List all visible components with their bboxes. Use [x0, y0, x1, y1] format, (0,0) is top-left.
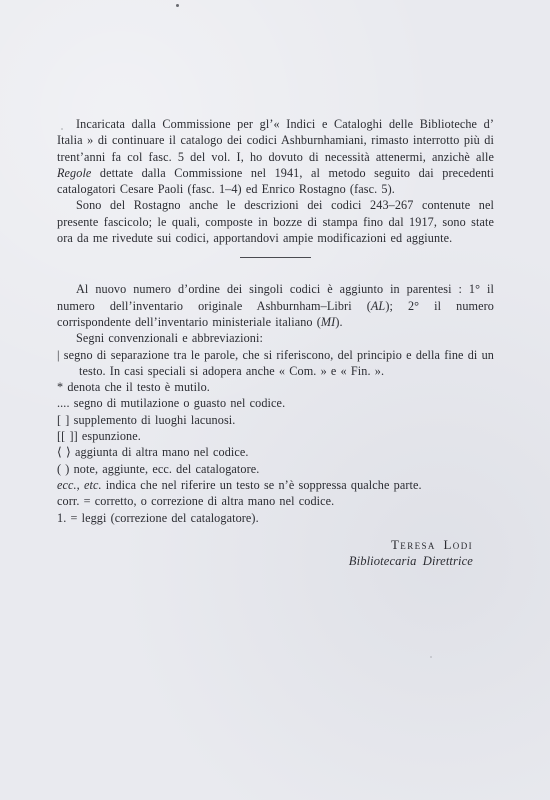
- intro-paragraph-2: Sono del Rostagno anche le descrizioni d…: [57, 197, 494, 246]
- scanned-page: Incaricata dalla Commissione per gl’« In…: [0, 0, 550, 800]
- convention-item-leggi: 1. = leggi (correzione del catalogatore)…: [57, 510, 494, 526]
- convention-item-parentheses: ( ) note, aggiunte, ecc. del catalogator…: [57, 461, 494, 477]
- convention-item-double-brackets: [[ ]] espunzione.: [57, 428, 494, 444]
- conventions-list: | segno di separazione tra le parole, ch…: [57, 347, 494, 526]
- convention-item-brackets: [ ] supplemento di luoghi lacunosi.: [57, 412, 494, 428]
- convention-item-separator-bar: | segno di separazione tra le parole, ch…: [57, 347, 494, 380]
- intro-paragraph-1: Incaricata dalla Commissione per gl’« In…: [57, 116, 494, 197]
- convention-item-angle-brackets: ⟨ ⟩ aggiunta di altra mano nel codice.: [57, 444, 494, 460]
- conventions-heading: Segni convenzionali e abbreviazioni:: [57, 330, 494, 346]
- paper-speck: [430, 656, 432, 658]
- signature-block: Teresa Lodi Bibliotecaria Direttrice: [57, 537, 494, 570]
- text-block: Incaricata dalla Commissione per gl’« In…: [57, 116, 494, 569]
- numbering-paragraph: Al nuovo numero d’ordine dei singoli cod…: [57, 281, 494, 330]
- section-divider-rule: [240, 257, 311, 258]
- convention-item-ecc-etc: ecc., etc. indica che nel riferire un te…: [57, 477, 494, 493]
- convention-item-asterisk: * denota che il testo è mutilo.: [57, 379, 494, 395]
- signature-name: Teresa Lodi: [57, 537, 473, 553]
- convention-item-dots: .... segno di mutilazione o guasto nel c…: [57, 395, 494, 411]
- paper-speck: [176, 4, 179, 7]
- signature-title: Bibliotecaria Direttrice: [57, 553, 473, 569]
- convention-item-corr: corr. = corretto, o correzione di altra …: [57, 493, 494, 509]
